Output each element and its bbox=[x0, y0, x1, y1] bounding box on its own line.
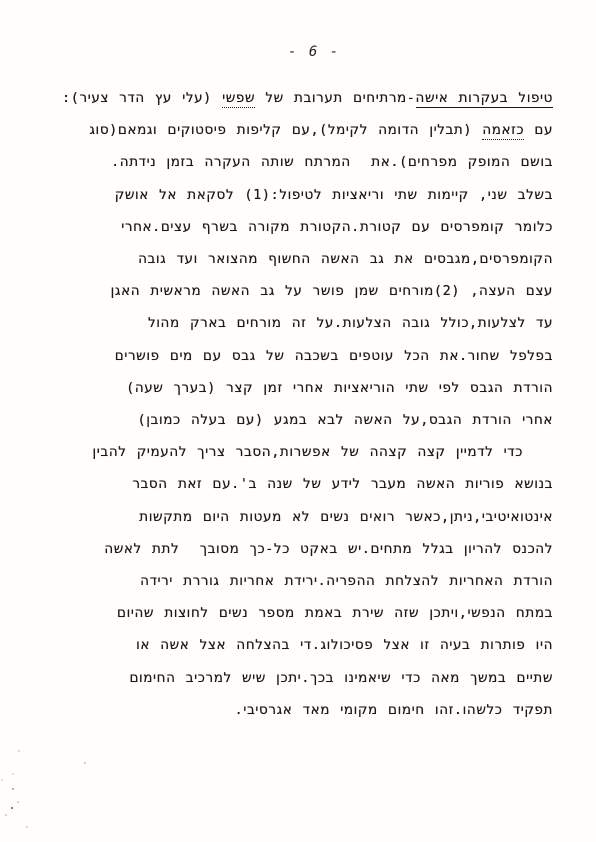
line2-pre-text: עם bbox=[524, 122, 553, 138]
text-line: בושם המופק מפרחים).את המרתח שותה העקרה ב… bbox=[57, 146, 553, 178]
text-line: במתח הנפשי,ויתכן שזה שירת באמת מספר נשים… bbox=[57, 597, 553, 629]
text-line: עד לצלעות,כולל גובה הצלעות.על זה מורחים … bbox=[57, 307, 553, 339]
text-line: עצם העצה, (2)מורחים שמן פושר על גב האשה … bbox=[57, 275, 553, 307]
document-page: - 6 - טיפול בעקרות אישה-מרתיחים תערובת ש… bbox=[0, 0, 596, 842]
text-line: עם כזאמה (תבלין הדומה לקימל),עם קליפות פ… bbox=[57, 114, 553, 146]
text-block: טיפול בעקרות אישה-מרתיחים תערובת של שפשי… bbox=[57, 82, 553, 726]
text-line: להכנס להריון בגלל מתחים.יש באקט כל-כך מס… bbox=[57, 533, 553, 565]
text-line: בפלפל שחור.את הכל עוטפים בשכבה של גבס עם… bbox=[57, 340, 553, 372]
line1-mid-text: -מרתיחים תערובת של bbox=[255, 90, 415, 106]
text-line: שתיים במשך מאה כדי שיאמינו בכך.יתכן שיש … bbox=[57, 662, 553, 694]
underlined-heading: טיפול בעקרות אישה bbox=[416, 90, 553, 108]
text-line-heading: טיפול בעקרות אישה-מרתיחים תערובת של שפשי… bbox=[57, 82, 553, 114]
text-line: בנושא פוריות האשה מעבר לידע של שנה ב'.עם… bbox=[57, 468, 553, 500]
text-line: אחרי הורדת הגבס,על האשה לבא במגע (עם בעל… bbox=[57, 404, 553, 436]
text-line: הקומפרסים,מגבסים את גב האשה החשוף מהצואר… bbox=[57, 243, 553, 275]
text-line: כלומר קומפרסים עם קטורת.הקטורת מקורה בשר… bbox=[57, 211, 553, 243]
text-line: תפקיד כלשהו.זהו חימום מקומי מאד אגרסיבי. bbox=[57, 694, 553, 726]
body-lines: בושם המופק מפרחים).את המרתח שותה העקרה ב… bbox=[57, 146, 553, 726]
dotted-term: כזאמה bbox=[482, 122, 524, 140]
page-number: - 6 - bbox=[288, 44, 340, 60]
line1-rest-text: (עלי עץ הדר צעיר): bbox=[62, 90, 222, 106]
text-line: היו פותרות בעיה זו אצל פסיכולוג.די בהצלח… bbox=[57, 629, 553, 661]
text-line: הורדת האחריות להצלחת ההפריה.ירידת אחריות… bbox=[57, 565, 553, 597]
text-line: בשלב שני, קיימות שתי וריאציות לטיפול:(1)… bbox=[57, 179, 553, 211]
line2-rest-text: (תבלין הדומה לקימל),עם קליפות פיסטוקים ו… bbox=[89, 122, 482, 138]
text-line: אינטואיטיבי,ניתן,כאשר רואים נשים לא מעטו… bbox=[57, 501, 553, 533]
text-line: כדי לדמיין קצה קצהה של אפשרות,הסבר צריך … bbox=[57, 436, 553, 468]
dotted-term: שפשי bbox=[222, 90, 255, 108]
text-line: הורדת הגבס לפי שתי הוריאציות אחרי זמן קצ… bbox=[57, 372, 553, 404]
